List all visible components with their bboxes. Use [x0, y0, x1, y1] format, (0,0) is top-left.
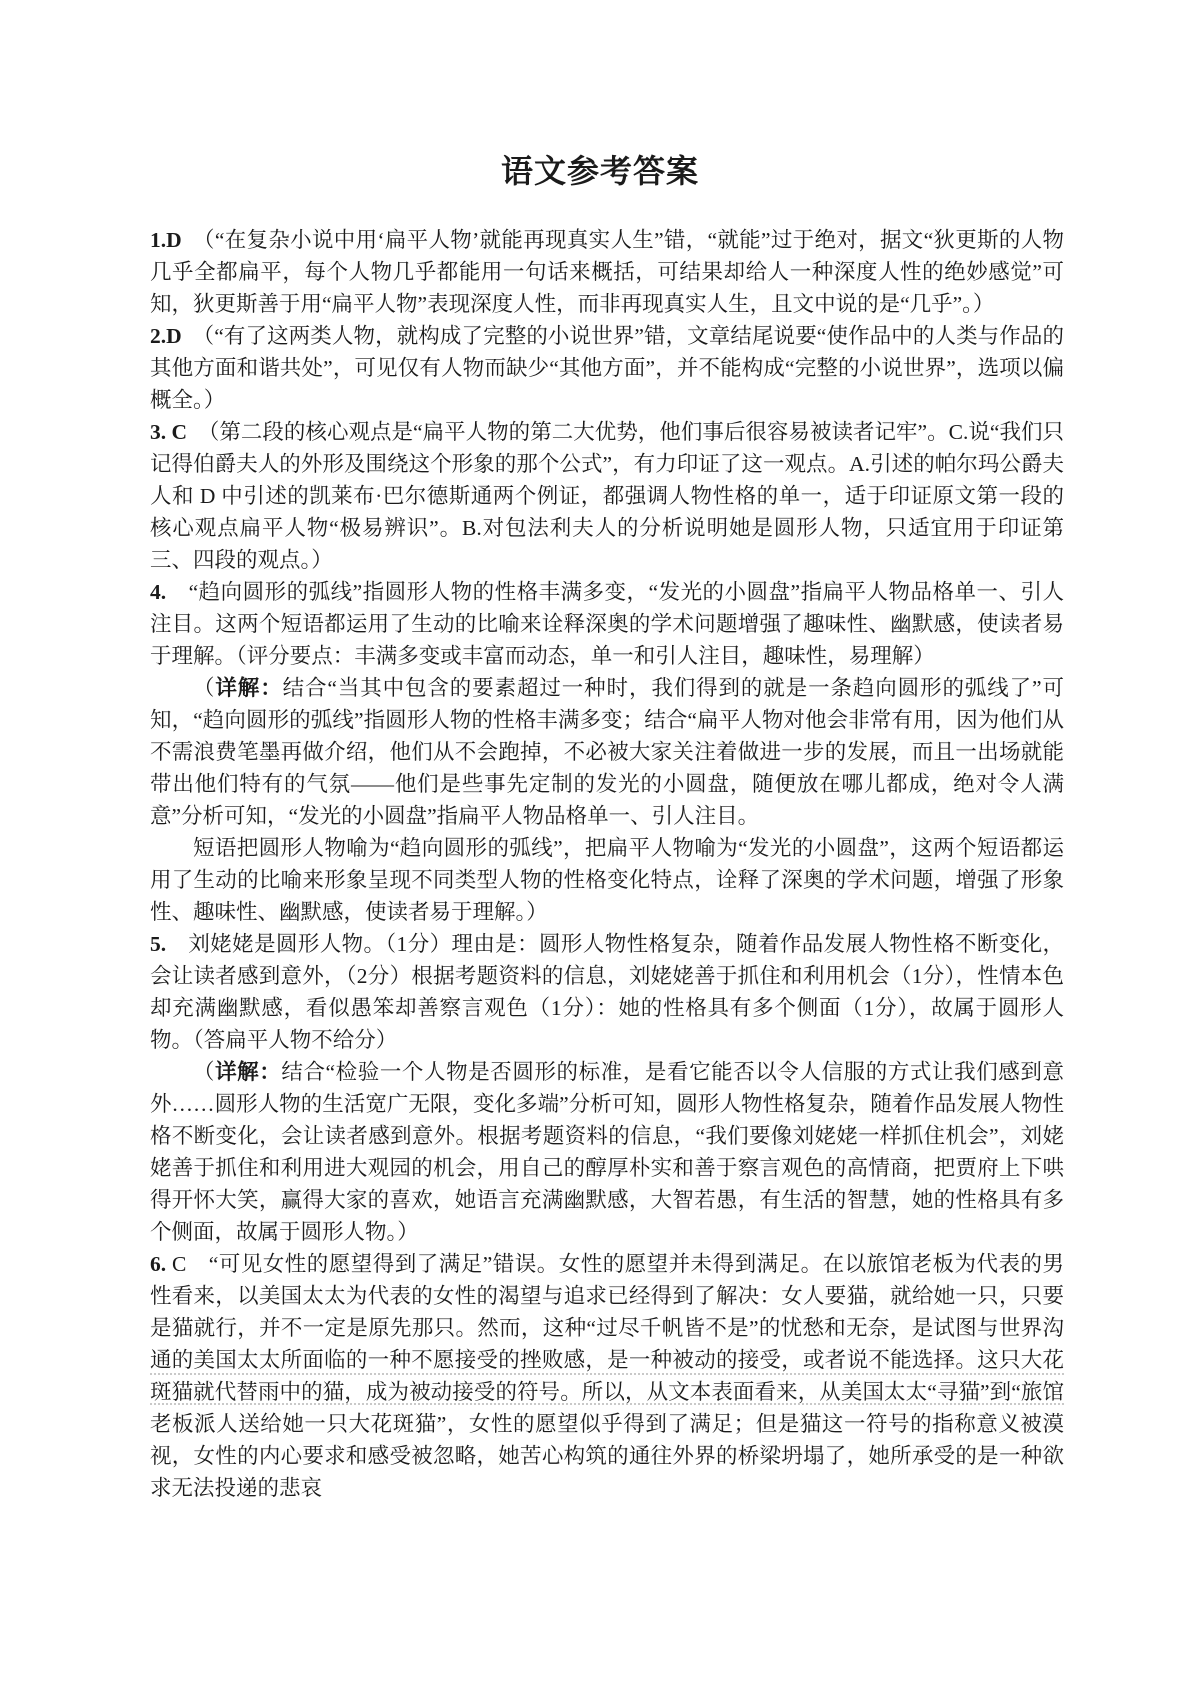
answer-text: （ [193, 1060, 215, 1084]
dotted-underline-artifact-2 [150, 1403, 1064, 1405]
answer-text: （第二段的核心观点是“扁平人物的第二大优势，他们事后很容易被读者记牢”。C.说“… [150, 420, 1064, 572]
answer-label-bold: 4. [150, 580, 166, 604]
answer-label-bold: 详解： [215, 1060, 281, 1084]
answer-2: 2.D （“有了这两类人物，就构成了完整的小说世界”错，文章结尾说要“使作品中的… [150, 320, 1064, 416]
answer-text: （ [193, 676, 215, 700]
answer-label-bold: 3. C [150, 420, 187, 444]
answer-4-detail: （详解：结合“当其中包含的要素超过一种时，我们得到的就是一条趋向圆形的弧线了”可… [150, 672, 1064, 832]
answer-key-body: 1.D （“在复杂小说中用‘扁平人物’就能再现真实人生”错，“就能”过于绝对，据… [150, 224, 1064, 1504]
answer-text: 短语把圆形人物喻为“趋向圆形的弧线”，把扁平人物喻为“发光的小圆盘”，这两个短语… [150, 836, 1064, 924]
answer-label-bold: 6. [150, 1252, 166, 1276]
answer-text: （“有了这两类人物，就构成了完整的小说世界”错，文章结尾说要“使作品中的人类与作… [150, 324, 1064, 412]
answer-6: 6. C “可见女性的愿望得到了满足”错误。女性的愿望并未得到满足。在以旅馆老板… [150, 1248, 1064, 1504]
answer-text: 结合“当其中包含的要素超过一种时，我们得到的就是一条趋向圆形的弧线了”可知，“趋… [150, 676, 1064, 828]
answer-text: 刘姥姥是圆形人物。（1分）理由是：圆形人物性格复杂，随着作品发展人物性格不断变化… [150, 932, 1064, 1052]
dotted-underline-artifact-1 [150, 1373, 1064, 1375]
answer-4: 4. “趋向圆形的弧线”指圆形人物的性格丰满多变，“发光的小圆盘”指扁平人物品格… [150, 576, 1064, 672]
answer-3: 3. C （第二段的核心观点是“扁平人物的第二大优势，他们事后很容易被读者记牢”… [150, 416, 1064, 576]
answer-label-bold: 5. [150, 932, 166, 956]
answer-4-detail-continued: 短语把圆形人物喻为“趋向圆形的弧线”，把扁平人物喻为“发光的小圆盘”，这两个短语… [150, 832, 1064, 928]
answer-1: 1.D （“在复杂小说中用‘扁平人物’就能再现真实人生”错，“就能”过于绝对，据… [150, 224, 1064, 320]
answer-5: 5. 刘姥姥是圆形人物。（1分）理由是：圆形人物性格复杂，随着作品发展人物性格不… [150, 928, 1064, 1056]
answer-text: C “可见女性的愿望得到了满足”错误。女性的愿望并未得到满足。在以旅馆老板为代表… [150, 1252, 1064, 1500]
answer-text: （“在复杂小说中用‘扁平人物’就能再现真实人生”错，“就能”过于绝对，据文“狄更… [150, 228, 1064, 316]
answer-label-bold: 详解： [215, 676, 282, 700]
answer-label-bold: 2.D [150, 324, 182, 348]
answer-5-detail: （详解：结合“检验一个人物是否圆形的标准，是看它能否以令人信服的方式让我们感到意… [150, 1056, 1064, 1248]
document-title: 语文参考答案 [0, 152, 1200, 190]
answer-text: “趋向圆形的弧线”指圆形人物的性格丰满多变，“发光的小圆盘”指扁平人物品格单一、… [150, 580, 1064, 668]
document-page: 语文参考答案 1.D （“在复杂小说中用‘扁平人物’就能再现真实人生”错，“就能… [0, 0, 1200, 1698]
answer-label-bold: 1.D [150, 228, 182, 252]
answer-text: 结合“检验一个人物是否圆形的标准，是看它能否以令人信服的方式让我们感到意外……圆… [150, 1060, 1064, 1244]
